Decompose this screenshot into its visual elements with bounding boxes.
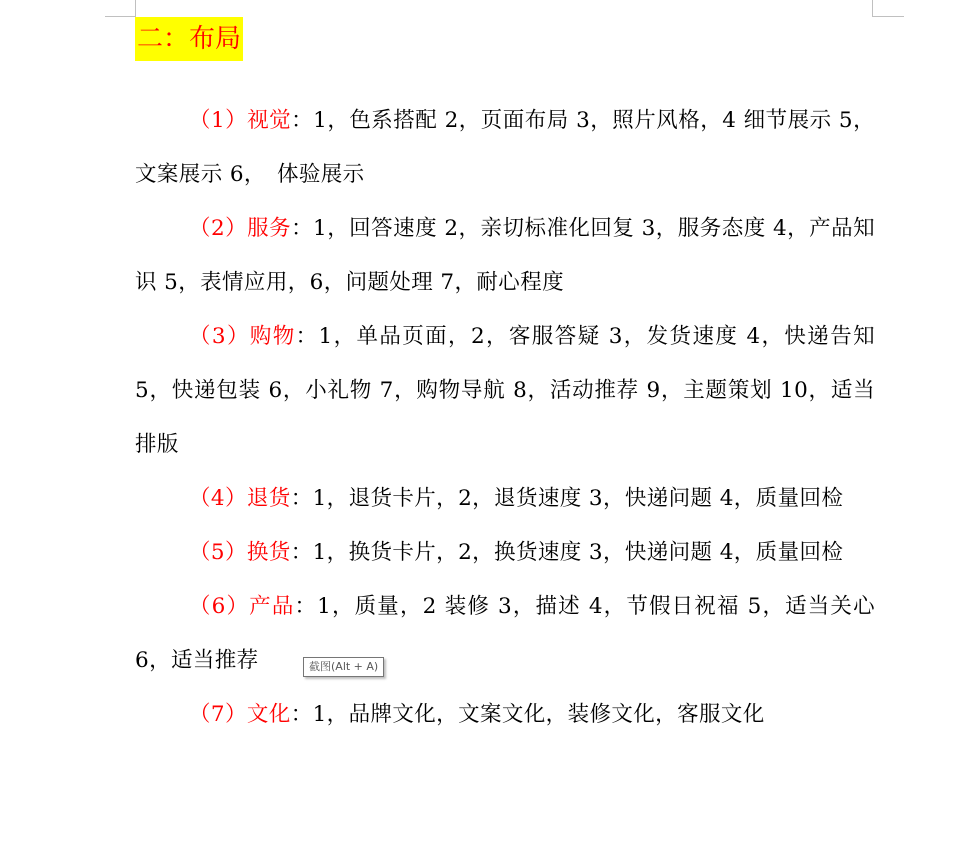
paragraph-culture[interactable]: （7）文化：1，品牌文化，文案文化，装修文化，客服文化 <box>135 688 875 742</box>
document-body[interactable]: （1）视觉：1，色系搭配 2，页面布局 3，照片风格，4 细节展示 5，文案展示… <box>135 94 875 742</box>
paragraph-label: （1）视觉 <box>189 108 291 133</box>
paragraph-label: （4）退货 <box>189 486 291 511</box>
section-heading[interactable]: 二：布局 <box>135 17 243 61</box>
paragraph-label: （6）产品 <box>189 594 294 619</box>
screenshot-shortcut-tooltip: 截图(Alt + A) <box>303 657 384 677</box>
page-corner-mark-top-right <box>872 0 904 17</box>
paragraph-returns[interactable]: （4）退货：1，退货卡片，2，退货速度 3，快递问题 4，质量回检 <box>135 472 875 526</box>
paragraph-shopping[interactable]: （3）购物：1，单品页面，2，客服答疑 3，发货速度 4，快递告知 5，快递包装… <box>135 310 875 472</box>
paragraph-text: ：1，品牌文化，文案文化，装修文化，客服文化 <box>291 702 765 727</box>
page-corner-mark-top-left <box>105 0 136 17</box>
paragraph-label: （2）服务 <box>189 216 291 241</box>
paragraph-text: ：1，换货卡片，2，换货速度 3，快递问题 4，质量回检 <box>291 540 844 565</box>
paragraph-label: （7）文化 <box>189 702 291 727</box>
paragraph-label: （3）购物 <box>189 324 296 349</box>
paragraph-label: （5）换货 <box>189 540 291 565</box>
paragraph-visual[interactable]: （1）视觉：1，色系搭配 2，页面布局 3，照片风格，4 细节展示 5，文案展示… <box>135 94 875 202</box>
paragraph-text: ：1，退货卡片，2，退货速度 3，快递问题 4，质量回检 <box>291 486 844 511</box>
paragraph-product[interactable]: （6）产品：1，质量，2 装修 3，描述 4，节假日祝福 5，适当关心 6，适当… <box>135 580 875 688</box>
document-page[interactable]: 二：布局 （1）视觉：1，色系搭配 2，页面布局 3，照片风格，4 细节展示 5… <box>0 0 965 855</box>
paragraph-exchange[interactable]: （5）换货：1，换货卡片，2，换货速度 3，快递问题 4，质量回检 <box>135 526 875 580</box>
paragraph-service[interactable]: （2）服务：1，回答速度 2，亲切标准化回复 3，服务态度 4，产品知识 5，表… <box>135 202 875 310</box>
